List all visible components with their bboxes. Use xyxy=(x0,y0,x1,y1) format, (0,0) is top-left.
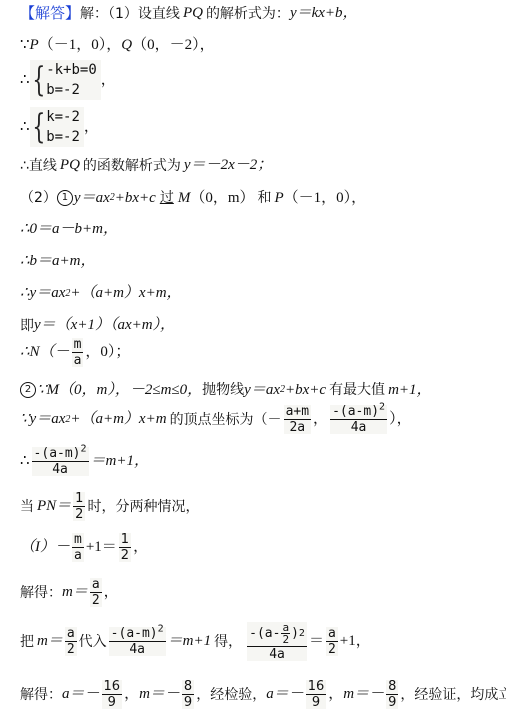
fraction: 169 xyxy=(306,680,327,709)
line-pq-result: ∴直线 PQ 的函数解析式为 y＝－2x－2； xyxy=(20,158,272,173)
text: +1＝ xyxy=(86,540,117,555)
system-row-1: k=-2 xyxy=(46,107,80,127)
numerator: 1 xyxy=(119,533,131,548)
numerator: -(a-a2)2 xyxy=(247,622,307,647)
numerator: a xyxy=(90,578,102,593)
equation: ∴0＝a－b+m， xyxy=(20,222,118,237)
step-line: ∴b＝a+m， xyxy=(20,254,96,269)
text: ，经检验， xyxy=(196,688,266,702)
equation: m＝ xyxy=(62,585,88,600)
fraction: ma xyxy=(72,533,84,562)
point-m-coords: （0，m） xyxy=(190,191,254,206)
case-label: （I）－ xyxy=(20,540,70,555)
denominator: 4a xyxy=(267,647,287,661)
numerator: 16 xyxy=(102,680,123,695)
numerator: -(a-m)2 xyxy=(32,447,89,462)
text: ，0）； xyxy=(85,345,130,360)
parabola-eq-rest: +bx+c xyxy=(285,383,326,398)
fraction: a2 xyxy=(326,627,338,656)
point-p-label: P xyxy=(274,191,283,206)
text: 的顶点坐标为（－ xyxy=(170,413,282,427)
m-value-label: m＝－ xyxy=(343,687,384,702)
left-brace-icon: { xyxy=(32,60,45,100)
denominator: a xyxy=(72,353,84,367)
step-line: ∴y＝ax2+（a+m）x+m， xyxy=(20,286,182,301)
therefore-symbol: ∴ xyxy=(20,73,30,88)
equation: ＝m+1 xyxy=(168,634,211,649)
fraction: a2 xyxy=(90,578,102,607)
denominator: 2a xyxy=(287,420,307,434)
system-brace: { k=-2 b=-2 xyxy=(30,107,84,147)
circled-number: 2 xyxy=(20,382,36,398)
text: ， xyxy=(104,585,119,600)
denominator: a xyxy=(72,548,84,562)
system-row-2: b=-2 xyxy=(46,80,97,100)
max-equation-line: ∴ -(a-m)24a ＝m+1， xyxy=(20,447,149,476)
point-n: ∴N（－ xyxy=(20,345,70,360)
denominator: 2 xyxy=(90,593,102,607)
denominator: 9 xyxy=(386,695,398,709)
answer-label: 【解答】 xyxy=(20,6,80,21)
pn-label: PN＝ xyxy=(37,499,71,514)
fraction: -(a-m)24a xyxy=(109,627,166,656)
separator: ， xyxy=(124,687,139,702)
equals: ＝ xyxy=(309,634,324,649)
numerator: 16 xyxy=(306,680,327,695)
numerator: a+m xyxy=(284,405,311,420)
denominator: 2 xyxy=(326,642,338,656)
denominator: 9 xyxy=(106,695,118,709)
text: 解得： xyxy=(20,586,62,600)
point-q-coords: （0，－2）， xyxy=(132,38,215,53)
equation: ∵y＝ax xyxy=(20,412,65,427)
separator: ， xyxy=(328,687,343,702)
equation-rest: +（a+m）x+m xyxy=(70,412,166,427)
line-pq: PQ xyxy=(60,158,80,173)
solution-header-line: 【解答】 解：（1）设直线 PQ 的解析式为： y＝kx+b， xyxy=(20,6,358,21)
point-p-coords: （－1，0）， xyxy=(284,191,367,206)
equation-system-2: ∴ { k=-2 b=-2 ， xyxy=(20,107,99,147)
point-p-label: P xyxy=(30,38,39,53)
text: 时，分两种情况， xyxy=(87,500,199,514)
step-line: ∴0＝a－b+m， xyxy=(20,222,118,237)
text: 过 xyxy=(160,191,174,205)
fraction: a+m2a xyxy=(284,405,311,434)
numerator: a xyxy=(326,627,338,642)
text: ，经验证，均成立； xyxy=(400,688,506,702)
numerator: m xyxy=(72,338,84,353)
numerator: 8 xyxy=(386,680,398,695)
pn-condition-line: 当 PN＝ 12 时，分两种情况， xyxy=(20,492,199,521)
denominator: 2 xyxy=(119,548,131,562)
text: 即 xyxy=(20,319,34,333)
part-label: （2） xyxy=(20,191,57,205)
equation: m＝ xyxy=(37,634,63,649)
part-2-intro: （2） 1 y＝ax2+bx+c 过 M （0，m） 和 P （－1，0）， xyxy=(20,190,366,206)
point-n-line: ∴N（－ ma ，0）； xyxy=(20,338,130,367)
left-brace-icon: { xyxy=(32,107,45,147)
a-value-label: a＝－ xyxy=(62,687,100,702)
denominator: 2 xyxy=(73,507,85,521)
text: 解得： xyxy=(20,688,62,702)
vertex-line: ∵y＝ax2+（a+m）x+m 的顶点坐标为（－ a+m2a ， -(a-m)2… xyxy=(20,405,412,434)
text: 有最大值 xyxy=(329,383,385,397)
m-value-label: m＝－ xyxy=(139,687,180,702)
point-p-coords: （－1，0）， xyxy=(39,38,122,53)
point-m-label: M xyxy=(178,191,191,206)
condition: ∵M（0，m），－2≤m≤0， xyxy=(37,383,202,398)
numerator: 1 xyxy=(73,492,85,507)
numerator: -(a-m)2 xyxy=(109,627,166,642)
therefore-symbol: ∴ xyxy=(20,454,30,469)
linear-equation: y＝kx+b， xyxy=(290,6,358,21)
numerator: 8 xyxy=(182,680,194,695)
intro-text: 解：（1）设直线 xyxy=(80,7,180,21)
separator: ， xyxy=(313,412,328,427)
step-line: 即 y＝（x+1）（ax+m）， xyxy=(20,318,175,333)
circled-number: 1 xyxy=(57,190,73,206)
fraction: 89 xyxy=(386,680,398,709)
text: 得， xyxy=(214,635,242,649)
equation: ∴y＝ax xyxy=(20,286,65,301)
text: +1， xyxy=(340,634,371,649)
line-pq: PQ xyxy=(183,6,203,21)
equation: y＝－2x－2； xyxy=(184,158,272,173)
parabola-eq: y＝ax xyxy=(74,191,110,206)
text: ， xyxy=(133,540,148,555)
denominator: 9 xyxy=(310,695,322,709)
equation: y＝（x+1）（ax+m）， xyxy=(34,318,175,333)
numerator: m xyxy=(72,533,84,548)
fraction: -(a-m)24a xyxy=(330,405,387,434)
denominator: 4a xyxy=(349,420,369,434)
solve-m-line: 解得： m＝ a2 ， xyxy=(20,578,119,607)
equation-rest: +（a+m）x+m， xyxy=(70,286,181,301)
equation-system-1: ∴ { -k+b=0 b=-2 ， xyxy=(20,60,116,100)
fraction: 169 xyxy=(102,680,123,709)
denominator: 4a xyxy=(50,462,70,476)
parabola-eq-rest: +bx+c xyxy=(115,191,156,206)
text: 抛物线 xyxy=(202,383,244,397)
case-1-line: （I）－ ma +1＝ 12 ， xyxy=(20,533,148,562)
text: ∴直线 xyxy=(20,159,57,173)
given-points-line: ∵ P （－1，0）， Q （0，－2）， xyxy=(20,38,215,53)
text: 代入 xyxy=(79,635,107,649)
system-row-2: b=-2 xyxy=(46,127,80,147)
max-value: m+1， xyxy=(388,383,431,398)
text: 把 xyxy=(20,635,34,649)
max-value-line: 2 ∵M（0，m），－2≤m≤0， 抛物线 y＝ax2+bx+c 有最大值 m+… xyxy=(20,382,432,398)
text: 的函数解析式为 xyxy=(83,159,181,173)
fraction: -(a-a2)24a xyxy=(247,622,307,661)
text: 当 xyxy=(20,500,34,514)
denominator: 2 xyxy=(65,642,77,656)
parabola-eq: y＝ax xyxy=(244,383,280,398)
numerator: -(a-m)2 xyxy=(330,405,387,420)
a-value-label: a＝－ xyxy=(266,687,304,702)
fraction: 12 xyxy=(73,492,85,521)
system-row-1: -k+b=0 xyxy=(46,60,97,80)
intro-text-2: 的解析式为： xyxy=(206,7,290,21)
equation: ＝m+1， xyxy=(91,454,149,469)
comma: ， xyxy=(101,73,116,88)
because-symbol: ∵ xyxy=(20,38,30,53)
text: ）， xyxy=(389,412,412,427)
denominator: 4a xyxy=(127,642,147,656)
fraction: -(a-m)24a xyxy=(32,447,89,476)
fraction: 12 xyxy=(119,533,131,562)
text: 和 xyxy=(257,191,271,205)
system-brace: { -k+b=0 b=-2 xyxy=(30,60,101,100)
substitution-line: 把 m＝ a2 代入 -(a-m)24a ＝m+1 得， -(a-a2)24a … xyxy=(20,622,371,661)
therefore-symbol: ∴ xyxy=(20,120,30,135)
fraction: 89 xyxy=(182,680,194,709)
fraction: a2 xyxy=(65,627,77,656)
comma: ， xyxy=(84,120,99,135)
point-q-label: Q xyxy=(121,38,132,53)
fraction: ma xyxy=(72,338,84,367)
numerator: a xyxy=(65,627,77,642)
denominator: 9 xyxy=(182,695,194,709)
equation: ∴b＝a+m， xyxy=(20,254,96,269)
final-solution-line: 解得： a＝－ 169 ， m＝－ 89 ，经检验， a＝－ 169 ， m＝－… xyxy=(20,680,506,709)
